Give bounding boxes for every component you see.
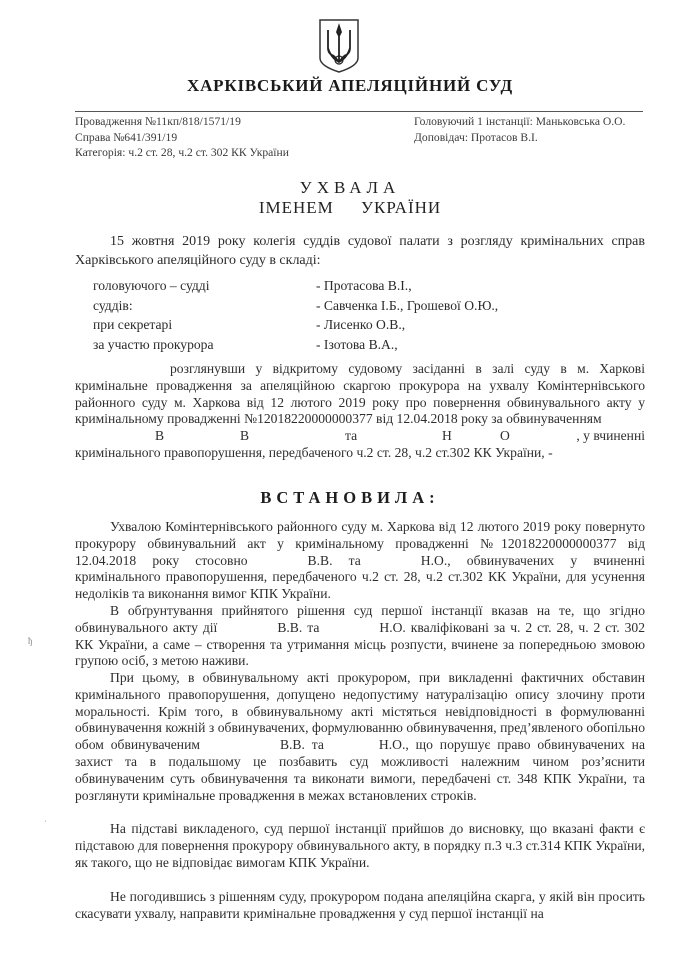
redacted-initial: Н [442,428,452,445]
margin-handwritten-mark: ђ [28,636,32,646]
proceeding-number: Провадження №11кп/818/1571/19 [75,114,289,130]
established-heading: ВСТАНОВИЛА: [0,488,700,508]
document-page: ХАРКІВСЬКИЙ АПЕЛЯЦІЙНИЙ СУД Провадження … [0,0,700,958]
panel-name: - Лисенко О.В., [316,315,405,334]
trident-coat-of-arms-icon [318,18,360,74]
header-divider [75,111,643,112]
considering-end: кримінального правопорушення, передбачен… [75,445,645,462]
defendant-initials: В.В. та [308,553,361,568]
case-meta-right: Головуючий 1 інстанції: Маньковська О.О.… [414,114,625,145]
redacted-initial: В [155,428,164,445]
first-instance-judge: Головуючий 1 інстанції: Маньковська О.О. [414,114,625,130]
panel-name: - Ізотова В.А., [316,335,398,354]
defendant-initials: В.В. та [280,737,324,752]
redacted-initial: В [240,428,249,445]
defendant-initials: В.В. та [277,620,319,635]
court-name: ХАРКІВСЬКИЙ АПЕЛЯЦІЙНИЙ СУД [0,76,700,96]
paragraph-3: При цьому, в обвинувальному акті прокуро… [75,670,645,804]
paragraph-5-text: Не погодившись з рішенням суду, прокурор… [75,889,645,923]
panel-role: суддів: [93,296,133,315]
paragraph-1-text: Ухвалою Комінтернівського районного суду… [75,519,645,603]
paragraph-2: В обґрунтування прийнятого рішення суд п… [75,603,645,670]
paragraph-4: На підставі викладеного, суд першої інст… [75,821,645,871]
paragraph-4-text: На підставі викладеного, суд першої інст… [75,821,645,871]
redacted-conjunction: та [345,428,357,445]
case-number: Справа №641/391/19 [75,130,289,146]
panel-name: - Протасова В.І., [316,276,412,295]
paragraph-1: Ухвалою Комінтернівського районного суду… [75,519,645,603]
panel-role: при секретарі [93,315,172,334]
defendant-initials: Н.О., [421,553,451,568]
document-subtitle: ІМЕНЕМ УКРАЇНИ [0,198,700,218]
case-category: Категорія: ч.2 ст. 28, ч.2 ст. 302 КК Ук… [75,145,289,161]
considering-tail: , у вчиненні [576,428,645,445]
intro-paragraph: 15 жовтня 2019 року колегія суддів судов… [75,232,645,270]
redacted-names-line: В В та Н О , у вчиненні [75,428,645,445]
margin-handwritten-mark: ͺ [44,812,47,822]
panel-name: - Савченка І.Б., Грошевої О.Ю., [316,296,498,315]
redacted-initial: О [500,428,510,445]
case-meta-left: Провадження №11кп/818/1571/19 Справа №64… [75,114,289,161]
panel-role: за участю прокурора [93,335,214,354]
defendant-initials: Н.О., що [379,737,433,752]
paragraph-2-text: В обґрунтування прийнятого рішення суд п… [75,603,645,670]
panel-role: головуючого – судді [93,276,210,295]
paragraph-5: Не погодившись з рішенням суду, прокурор… [75,889,645,923]
document-type: УХВАЛА [0,178,700,198]
paragraph-3-text: При цьому, в обвинувальному акті прокуро… [75,670,645,804]
considering-text: розглянувши у відкритому судовому засіда… [75,361,645,428]
rapporteur: Доповідач: Протасов В.І. [414,130,625,146]
considering-paragraph: розглянувши у відкритому судовому засіда… [75,361,645,462]
